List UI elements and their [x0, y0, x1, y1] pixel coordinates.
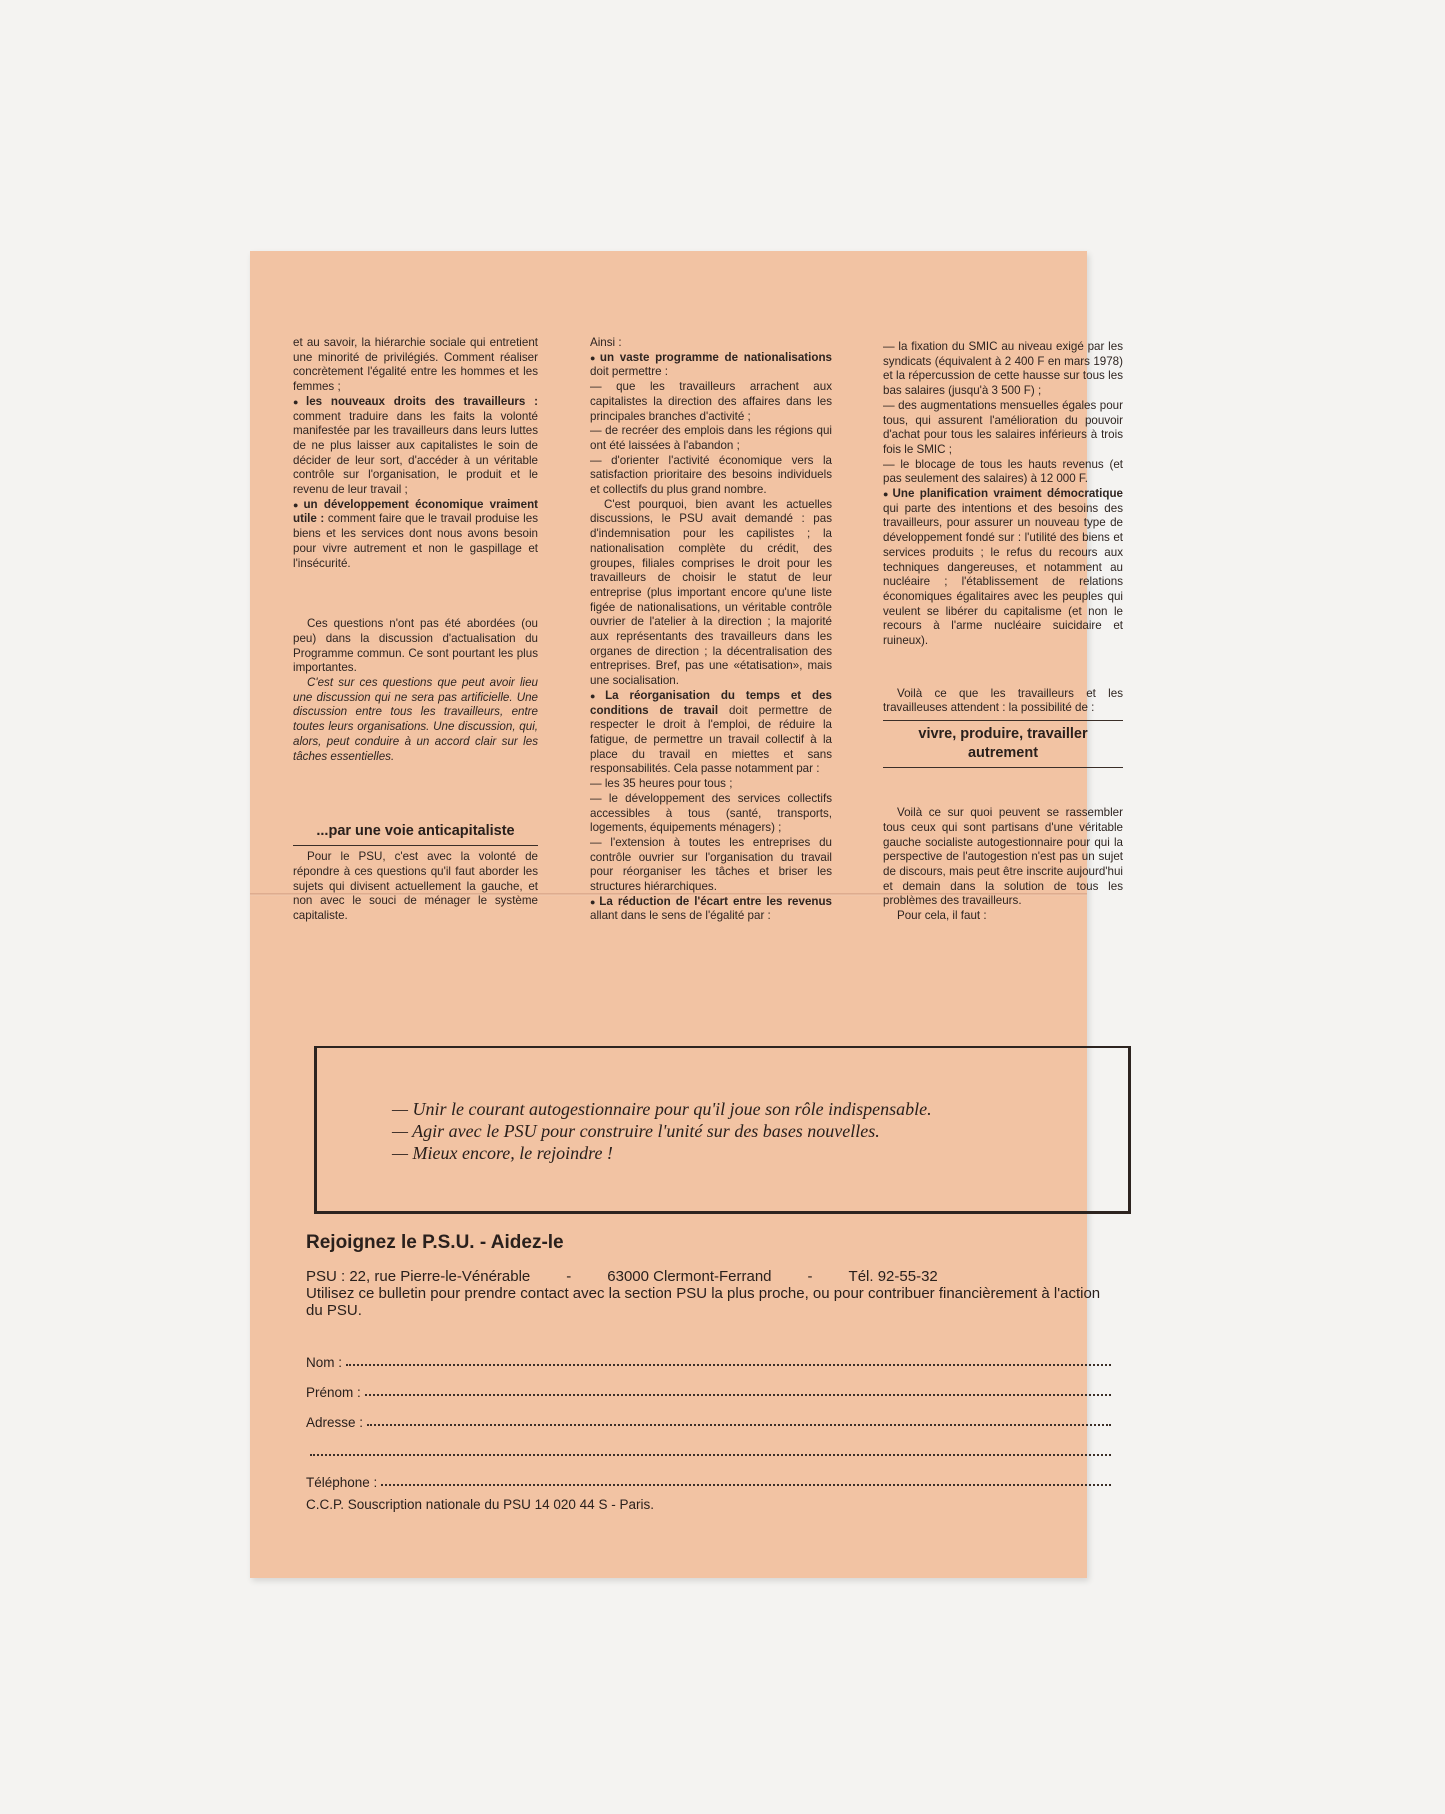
- separator: -: [566, 1268, 571, 1285]
- join-title: Rejoignez le P.S.U. - Aidez-le: [306, 1232, 564, 1254]
- dotted-line[interactable]: [381, 1474, 1111, 1486]
- section-heading: ...par une voie anticapitaliste: [293, 822, 538, 841]
- dash-item: — les 35 heures pour tous ;: [590, 777, 832, 792]
- bullet-item: Une planification vraiment démocratique …: [883, 487, 1123, 649]
- phone: Tél. 92-55-32: [849, 1268, 938, 1285]
- section-heading: vivre, produire, travailler autrement: [883, 725, 1123, 763]
- dotted-line[interactable]: [365, 1384, 1111, 1396]
- column-right: — la fixation du SMIC au niveau exigé pa…: [883, 340, 1123, 924]
- city: 63000 Clermont-Ferrand: [607, 1268, 771, 1285]
- field-adresse-2[interactable]: [306, 1430, 1111, 1460]
- column-middle: Ainsi : un vaste programme de nationalis…: [590, 336, 832, 924]
- field-prenom[interactable]: Prénom :: [306, 1370, 1111, 1400]
- dash-item: — d'orienter l'activité économique vers …: [590, 454, 832, 498]
- contact-block: PSU : 22, rue Pierre-le-Vénérable - 6300…: [306, 1268, 1116, 1319]
- divider: [293, 845, 538, 846]
- paragraph: C'est pourquoi, bien avant les actuelles…: [590, 498, 832, 689]
- dash-item: — le développement des services collecti…: [590, 792, 832, 836]
- dotted-line[interactable]: [367, 1414, 1111, 1426]
- divider: [883, 720, 1123, 721]
- dash-item: — l'extension à toutes les entreprises d…: [590, 836, 832, 895]
- instructions: Utilisez ce bulletin pour prendre contac…: [306, 1285, 1116, 1319]
- paragraph: Voilà ce que les travailleurs et les tra…: [883, 687, 1123, 716]
- paragraph: Voilà ce sur quoi peuvent se rassembler …: [883, 806, 1123, 909]
- dash-item: — la fixation du SMIC au niveau exigé pa…: [883, 340, 1123, 399]
- divider: [883, 767, 1123, 768]
- column-left: et au savoir, la hiérarchie sociale qui …: [293, 336, 538, 924]
- field-nom[interactable]: Nom :: [306, 1340, 1111, 1370]
- ccp-note: C.C.P. Souscription nationale du PSU 14 …: [306, 1497, 654, 1512]
- paragraph: Ces questions n'ont pas été abordées (ou…: [293, 617, 538, 676]
- bullet-item: un développement économique vraiment uti…: [293, 498, 538, 572]
- slogan: — Agir avec le PSU pour construire l'uni…: [392, 1120, 932, 1142]
- paragraph-italic: C'est sur ces questions que peut avoir l…: [293, 676, 538, 764]
- paragraph: et au savoir, la hiérarchie sociale qui …: [293, 336, 538, 395]
- dash-item: — le blocage de tous les hauts revenus (…: [883, 458, 1123, 487]
- membership-form: Nom : Prénom : Adresse : Téléphone :: [306, 1340, 1111, 1490]
- field-telephone[interactable]: Téléphone :: [306, 1460, 1111, 1490]
- paragraph: Pour cela, il faut :: [883, 909, 1123, 924]
- slogan: — Unir le courant autogestionnaire pour …: [392, 1098, 932, 1120]
- bullet-item: La réduction de l'écart entre les revenu…: [590, 895, 832, 924]
- bullet-item: La réorganisation du temps et des condit…: [590, 689, 832, 777]
- dotted-line[interactable]: [310, 1444, 1111, 1456]
- bullet-item: les nouveaux droits des travailleurs : c…: [293, 395, 538, 498]
- slogan-list: — Unir le courant autogestionnaire pour …: [392, 1098, 932, 1164]
- bullet-item: un vaste programme de nationalisations d…: [590, 351, 832, 380]
- separator: -: [808, 1268, 813, 1285]
- address: PSU : 22, rue Pierre-le-Vénérable: [306, 1268, 530, 1285]
- paragraph: Pour le PSU, c'est avec la volonté de ré…: [293, 850, 538, 924]
- dash-item: — que les travailleurs arrachent aux cap…: [590, 380, 832, 424]
- paragraph: Ainsi :: [590, 336, 832, 351]
- field-adresse[interactable]: Adresse :: [306, 1400, 1111, 1430]
- dash-item: — de recréer des emplois dans les région…: [590, 424, 832, 453]
- dash-item: — des augmentations mensuelles égales po…: [883, 399, 1123, 458]
- dotted-line[interactable]: [346, 1354, 1111, 1366]
- slogan: — Mieux encore, le rejoindre !: [392, 1142, 932, 1164]
